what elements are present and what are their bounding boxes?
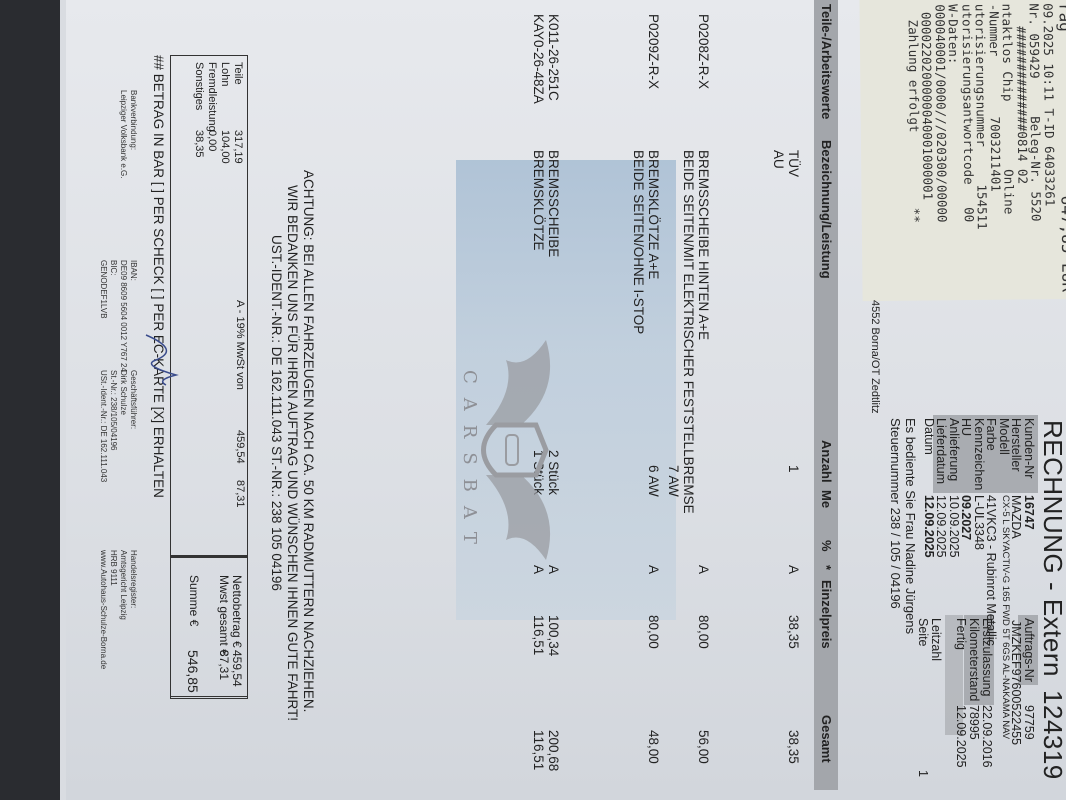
field-label: Fertig — [954, 618, 968, 650]
field-label: Modell — [997, 418, 1011, 455]
vat-label: A - 19% MwSt von — [234, 300, 246, 390]
unit-price: 80,00 — [646, 615, 661, 649]
footer-line: www.Autohaus-Schulze-Borna.de — [98, 550, 108, 669]
field-label: Seite — [916, 618, 930, 647]
vat-base: 459,54 — [234, 430, 246, 464]
item-qty: 7 AW — [666, 465, 681, 497]
footer-line: HRB 9111 — [108, 550, 118, 586]
col-price: Einzelpreis — [819, 580, 834, 649]
total-value: 87,31 — [217, 650, 231, 680]
field-label: Lieferdatum — [935, 418, 949, 484]
notice-line-1: ACHTUNG: BEI ALLEN FAHRZEUGEN NACH CA. 5… — [301, 170, 316, 712]
part-number: P0208Z-R-X — [696, 14, 711, 89]
invoice-page: rag 647,85 EUR09.2025 10:11 T-ID 6403326… — [66, 0, 1066, 800]
field-label: Hersteller — [1010, 418, 1024, 472]
signature-scribble-icon — [136, 330, 186, 390]
summary-value: 38,35 — [193, 130, 205, 158]
item-description: BEIDE SEITEN/MIT ELEKTRISCHER FESTSTELLB… — [681, 150, 696, 514]
footer-line: BIC: — [108, 260, 118, 276]
served-by: Es bediente Sie Frau Nadine Jürgens — [903, 418, 918, 634]
summary-label: Sonstiges — [193, 62, 205, 110]
invoice-title: RECHNUNG - Extern — [1037, 420, 1066, 677]
field-label: Kennzeichen — [972, 418, 986, 490]
item-description: AU — [771, 150, 786, 169]
field-value: 78995 — [967, 705, 981, 740]
total-label: Summe € — [187, 575, 201, 626]
carsbat-watermark: CARSBAT — [456, 330, 566, 570]
field-label: Kunden-Nr — [1022, 418, 1036, 478]
unit-price: 80,00 — [696, 615, 711, 649]
field-value: 97759 — [1022, 705, 1036, 740]
summary-label: Lohn — [219, 62, 231, 86]
line-total: 116,51 — [531, 730, 546, 770]
field-value: JMZKEF97600522455 — [1009, 620, 1023, 745]
item-description: BREMSKLÖTZE A+E — [646, 150, 661, 279]
watermark-text: CARSBAT — [459, 370, 480, 558]
field-value: MAZDA — [1010, 495, 1024, 539]
field-value: 1 — [916, 770, 930, 777]
field-label: Kilometerstand — [967, 618, 981, 701]
invoice-number: 124319 — [1037, 690, 1066, 780]
payment-method-line: ## BETRAG IN BAR [ ] PER SCHECK [ ] PER … — [151, 55, 166, 498]
item-description: BEIDE SEITEN/OHNE I-STOP — [631, 150, 646, 334]
field-label: Leitzahl — [929, 618, 943, 661]
col-qty: Anzahl — [819, 440, 834, 483]
item-description: BREMSSCHEIBE — [546, 150, 561, 257]
total-value: 459,54 — [230, 650, 244, 687]
footer-line: Leipziger Volksbank e.G. — [118, 90, 128, 179]
field-label: Anlieferung — [947, 418, 961, 481]
total-label: Mwst gesamt € — [217, 575, 231, 656]
field-value: 10.09.2025 — [947, 495, 961, 558]
item-description: BREMSKLÖTZE — [531, 150, 546, 251]
field-label: Datum — [922, 418, 936, 455]
summary-value: 317,19 — [232, 130, 244, 164]
footer-line: IBAN: — [128, 260, 138, 281]
footer-line: St.-Nr.: 238/105/04196 — [108, 370, 118, 451]
footer-line: GENODEF1LVB — [98, 260, 108, 319]
unit-price: 38,35 — [786, 615, 801, 649]
summary-value: 0,00 — [206, 130, 218, 151]
col-parts: Teile-/Arbeitswerte — [819, 4, 834, 119]
field-label: Erstzulassung — [980, 618, 994, 697]
field-value: 12.09.2025 — [954, 705, 968, 768]
vat-amount: 87,31 — [234, 480, 246, 508]
footer-line: USt.-Ident.-Nr.: DE 162.111.043 — [98, 370, 108, 482]
field-value: L-UL3348 — [972, 495, 986, 550]
line-total: 38,35 — [786, 730, 801, 764]
footer-line: Bankverbindung: — [128, 90, 138, 150]
field-value: 12.09.2025 — [935, 495, 949, 558]
line-total: 200,68 — [546, 730, 561, 771]
item-qty: 6 AW — [646, 465, 661, 497]
footer-line: Dirk Schulze — [118, 370, 128, 415]
field-value: 12.09.2025 — [922, 495, 936, 558]
field-value: 22.09.2016 — [980, 705, 994, 768]
field-label: Auftrags-Nr — [1022, 618, 1036, 682]
card-receipt: rag 647,85 EUR09.2025 10:11 T-ID 6403326… — [859, 0, 1066, 301]
summary-label: Teile — [232, 62, 244, 85]
col-unit: Me — [819, 490, 834, 508]
line-total: 48,00 — [646, 730, 661, 764]
notice-line-3: UST.-IDENT.-NR.: DE 162.111.043 ST.-NR.:… — [269, 235, 284, 591]
company-address: 4552 Borna/OT Zedtlitz — [869, 300, 881, 414]
summary-value: 104,00 — [219, 130, 231, 164]
field-value: 16747 — [1022, 495, 1036, 530]
col-mark: * — [819, 565, 834, 570]
receipt-line: Zahlung erfolgt ** — [906, 0, 923, 301]
table-header: Teile-/Arbeitswerte Bezeichnung/Leistung… — [814, 0, 838, 790]
part-number: K011-26-251C — [546, 14, 561, 101]
part-number: KAY0-26-48ZA — [531, 14, 546, 104]
col-pct: % — [819, 540, 834, 552]
total-value: 546,85 — [185, 650, 201, 693]
vat-code: A — [646, 565, 661, 574]
part-number: P0209Z-R-X — [646, 14, 661, 89]
field-label: Farbe — [985, 418, 999, 451]
footer-line: Geschäftsführer: — [128, 370, 138, 429]
item-qty: 1 — [786, 465, 801, 473]
footer-line: Handelsregister: — [128, 550, 138, 608]
notice-line-2: WIR BEDANKEN UNS FÜR IHREN AUFTRAG UND W… — [285, 185, 300, 721]
vat-code: A — [696, 565, 711, 574]
total-label: Nettobetrag € — [230, 575, 244, 648]
tax-number: Steuernummer 238 / 105 / 04196 — [888, 418, 903, 609]
field-label: HU — [960, 418, 974, 436]
item-description: TÜV — [786, 150, 801, 177]
line-total: 56,00 — [696, 730, 711, 764]
footer-line: DE09 8609 5604 0012 Y767 24 — [118, 260, 128, 372]
item-description: BREMSSCHEIBE HINTEN A+E — [696, 150, 711, 340]
summary-label: Fremdleistung — [206, 62, 218, 132]
col-desc: Bezeichnung/Leistung — [819, 140, 834, 279]
unit-price: 100,34 — [546, 615, 561, 656]
receipt-lines: rag 647,85 EUR09.2025 10:11 T-ID 6403326… — [906, 0, 1066, 301]
field-value: 09.2027 — [960, 495, 974, 540]
vat-code: A — [786, 565, 801, 574]
footer-line: Amtsgericht Leipzig — [118, 550, 128, 620]
col-total: Gesamt — [819, 715, 834, 763]
unit-price: 116,51 — [531, 615, 546, 655]
